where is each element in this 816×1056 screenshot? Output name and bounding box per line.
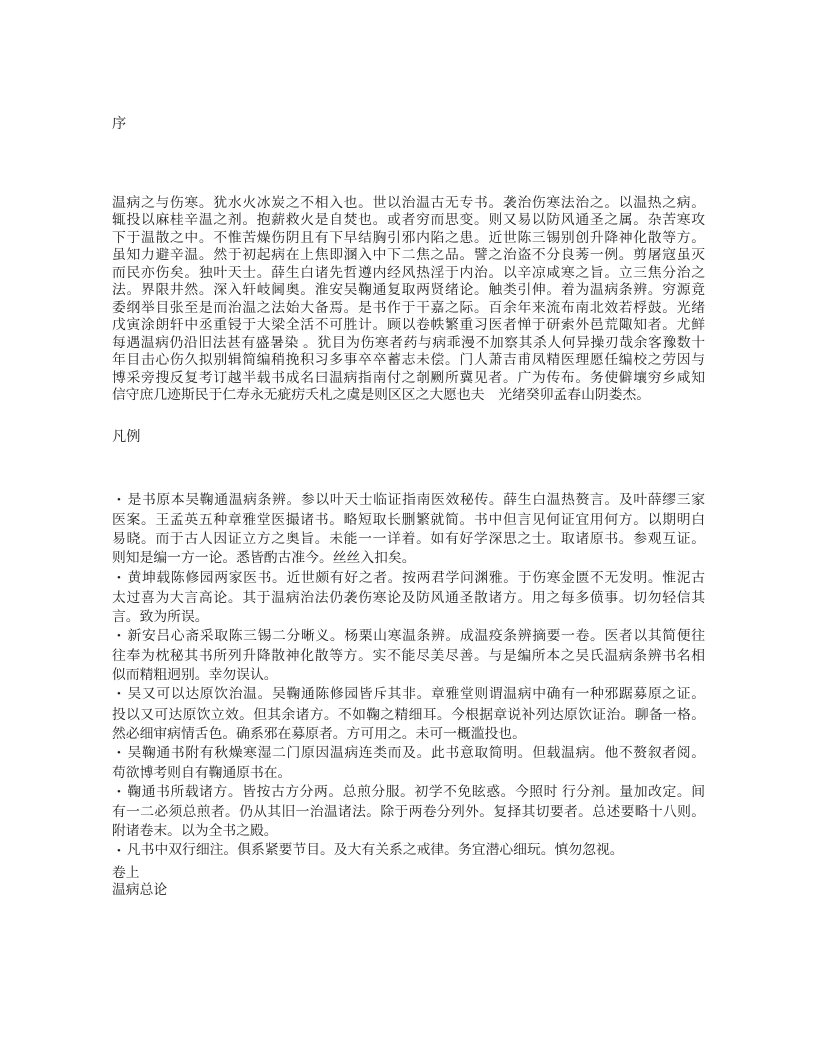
- preface-line: 委纲举目张至是而治温之法始大备焉。是书作于干嘉之际。百余年来流布南北效若桴鼓。光…: [112, 299, 705, 317]
- note-item-text: 鞠通书所载诸方。皆按古方分两。总煎分服。初学不免眩惑。今照时 行分剂。量加改定。…: [127, 784, 705, 799]
- document-page: 序 温病之与伤寒。犹水火冰炭之不相入也。世以治温古无专书。袭治伤寒法治之。以温热…: [0, 0, 816, 1056]
- note-item-line: 太过喜为大言高论。其于温病治法仍袭伤寒论及防风通圣散诸方。用之每多偾事。切勿轻信…: [112, 588, 705, 607]
- note-item-first-line: •吴鞠通书附有秋燥寒湿二门原因温病连类而及。此书意取简明。但载温病。他不赘叙者阅…: [112, 743, 705, 763]
- note-item: •黄坤载陈修园两家医书。近世颇有好之者。按两君学问渊雅。于伤寒金匮不无发明。惟泥…: [112, 568, 705, 626]
- note-item-line: 似而精粗迥别。幸勿误认。: [112, 665, 705, 684]
- preface-line: 辄投以麻桂辛温之剂。抱薪救火是自焚也。或者穷而思变。则又易以防风通圣之属。杂苦寒…: [112, 211, 705, 229]
- note-item-first-line: •鞠通书所载诸方。皆按古方分两。总煎分服。初学不免眩惑。今照时 行分剂。量加改定…: [112, 782, 705, 802]
- note-item: •是书原本吴鞠通温病条辨。参以叶天士临证指南医效秘传。薛生白温热赘言。及叶薛缪三…: [112, 490, 705, 568]
- preface-line: 年目击心伤久拟别辑简编稍挽积习多事卒卒蓄志未偿。门人萧吉甫凤精医理愿任编校之劳因…: [112, 351, 705, 369]
- bullet-icon: •: [117, 842, 127, 861]
- note-item-line: 附诸卷末。以为全书之殿。: [112, 821, 705, 840]
- note-item: •吴又可以达原饮治温。吴鞠通陈修园皆斥其非。章雅堂则谓温病中确有一种邪踞募原之证…: [112, 684, 705, 742]
- preface-line: 每遇温病仍沿旧法甚有盛暑染 。犹目为伤寒者药与病乖漫不加察其杀人何异操刃哉余客豫…: [112, 334, 705, 352]
- note-item-text: 吴鞠通书附有秋燥寒湿二门原因温病连类而及。此书意取简明。但载温病。他不赘叙者阅。: [127, 745, 705, 760]
- note-item-line: 然必细审病情舌色。确系邪在募原者。方可用之。未可一概滥投也。: [112, 724, 705, 743]
- preface-line: 戊寅涂朗轩中丞重锓于大梁全活不可胜计。顾以卷帙繁重习医者惮于研索外邑荒陬知者。尤…: [112, 316, 705, 334]
- note-item-line: 医案。王孟英五种章雅堂医撮诸书。略短取长删繁就简。书中但言见何证宜用何方。以期明…: [112, 510, 705, 529]
- bullet-icon: •: [117, 569, 127, 588]
- note-item-line: 投以又可达原饮立效。但其余诸方。不如鞠之精细耳。今根据章说补列达原饮证治。聊备一…: [112, 705, 705, 724]
- preface-paragraph: 温病之与伤寒。犹水火冰炭之不相入也。世以治温古无专书。袭治伤寒法治之。以温热之病…: [112, 194, 705, 404]
- preface-line: 法。界限井然。深入轩岐阃奥。淮安吴鞠通复取两贤绪论。触类引伸。着为温病条辨。穷源…: [112, 281, 705, 299]
- preface-line: 温病之与伤寒。犹水火冰炭之不相入也。世以治温古无专书。袭治伤寒法治之。以温热之病…: [112, 194, 705, 212]
- preface-line: 下于温散之中。不惟苦燥伤阴且有下早结胸引邪内陷之患。近世陈三锡别创升降神化散等方…: [112, 229, 705, 247]
- bullet-icon: •: [117, 685, 127, 704]
- bullet-icon: •: [117, 744, 127, 763]
- note-item-first-line: •吴又可以达原饮治温。吴鞠通陈修园皆斥其非。章雅堂则谓温病中确有一种邪踞募原之证…: [112, 684, 705, 704]
- note-item-first-line: •是书原本吴鞠通温病条辨。参以叶天士临证指南医效秘传。薛生白温热赘言。及叶薛缪三…: [112, 490, 705, 510]
- preface-line: 而民亦伤矣。独叶天士。薛生白诸先哲遵内经风热淫于内治。以辛凉咸寒之旨。立三焦分治…: [112, 264, 705, 282]
- preface-line: 虽知力避辛温。然于初起病在上焦即溷入中下二焦之品。譬之治盗不分良莠一例。剪屠寇虽…: [112, 246, 705, 264]
- bullet-icon: •: [117, 627, 127, 646]
- note-item-text: 是书原本吴鞠通温病条辨。参以叶天士临证指南医效秘传。薛生白温热赘言。及叶薛缪三家: [127, 492, 705, 507]
- note-item: •鞠通书所载诸方。皆按古方分两。总煎分服。初学不免眩惑。今照时 行分剂。量加改定…: [112, 782, 705, 840]
- note-item-line: 则知是编一方一论。悉皆酌古准今。丝丝入扣矣。: [112, 548, 705, 567]
- volume-block: 卷上 温病总论: [112, 864, 705, 899]
- note-item-line: 苟欲博考则自有鞠通原书在。: [112, 763, 705, 782]
- note-item-line: 易晓。而于古人因证立方之奥旨。未能一一详着。如有好学深思之士。取诸原书。参观互证…: [112, 529, 705, 548]
- section-heading: 温病总论: [112, 881, 705, 899]
- note-item: •新安吕心斋采取陈三锡二分晰义。杨栗山寒温条辨。成温疫条辨摘要一卷。医者以其简便…: [112, 626, 705, 684]
- volume-heading: 卷上: [112, 864, 705, 882]
- note-item-text: 黄坤载陈修园两家医书。近世颇有好之者。按两君学问渊雅。于伤寒金匮不无发明。惟泥古: [127, 570, 705, 585]
- note-item-first-line: •凡书中双行细注。俱系紧要节目。及大有关系之戒律。务宜潜心细玩。慎勿忽视。: [112, 840, 705, 860]
- note-item: •吴鞠通书附有秋燥寒湿二门原因温病连类而及。此书意取简明。但载温病。他不赘叙者阅…: [112, 743, 705, 782]
- note-item-line: 有一二必须总煎者。仍从其旧一治温诸法。除于两卷分列外。复择其切要者。总述要略十八…: [112, 802, 705, 821]
- note-item-first-line: •黄坤载陈修园两家医书。近世颇有好之者。按两君学问渊雅。于伤寒金匮不无发明。惟泥…: [112, 568, 705, 588]
- preface-line: 信守庶几迹斯民于仁寿永无疵疠夭札之虞是则区区之大愿也夫 光绪癸卯孟春山阴娄杰。: [112, 386, 705, 404]
- note-item-line: 言。致为所误。: [112, 607, 705, 626]
- note-item-line: 往奉为枕秘其书所列升降散神化散等方。实不能尽美尽善。与是编所本之吴氏温病条辨书名…: [112, 646, 705, 665]
- note-item-text: 新安吕心斋采取陈三锡二分晰义。杨栗山寒温条辨。成温疫条辨摘要一卷。医者以其简便往: [127, 628, 705, 643]
- note-item: •凡书中双行细注。俱系紧要节目。及大有关系之戒律。务宜潜心细玩。慎勿忽视。: [112, 840, 705, 860]
- preface-line: 博采旁搜反复考订越半载书成名曰温病指南付之剞劂所冀见者。广为传布。务使僻壤穷乡咸…: [112, 369, 705, 387]
- preface-heading: 序: [112, 116, 705, 134]
- notes-list: •是书原本吴鞠通温病条辨。参以叶天士临证指南医效秘传。薛生白温热赘言。及叶薛缪三…: [112, 490, 705, 861]
- bullet-icon: •: [117, 783, 127, 802]
- notes-heading: 凡例: [112, 429, 705, 447]
- note-item-first-line: •新安吕心斋采取陈三锡二分晰义。杨栗山寒温条辨。成温疫条辨摘要一卷。医者以其简便…: [112, 626, 705, 646]
- note-item-text: 吴又可以达原饮治温。吴鞠通陈修园皆斥其非。章雅堂则谓温病中确有一种邪踞募原之证。: [127, 686, 705, 701]
- bullet-icon: •: [117, 491, 127, 510]
- note-item-text: 凡书中双行细注。俱系紧要节目。及大有关系之戒律。务宜潜心细玩。慎勿忽视。: [127, 842, 624, 857]
